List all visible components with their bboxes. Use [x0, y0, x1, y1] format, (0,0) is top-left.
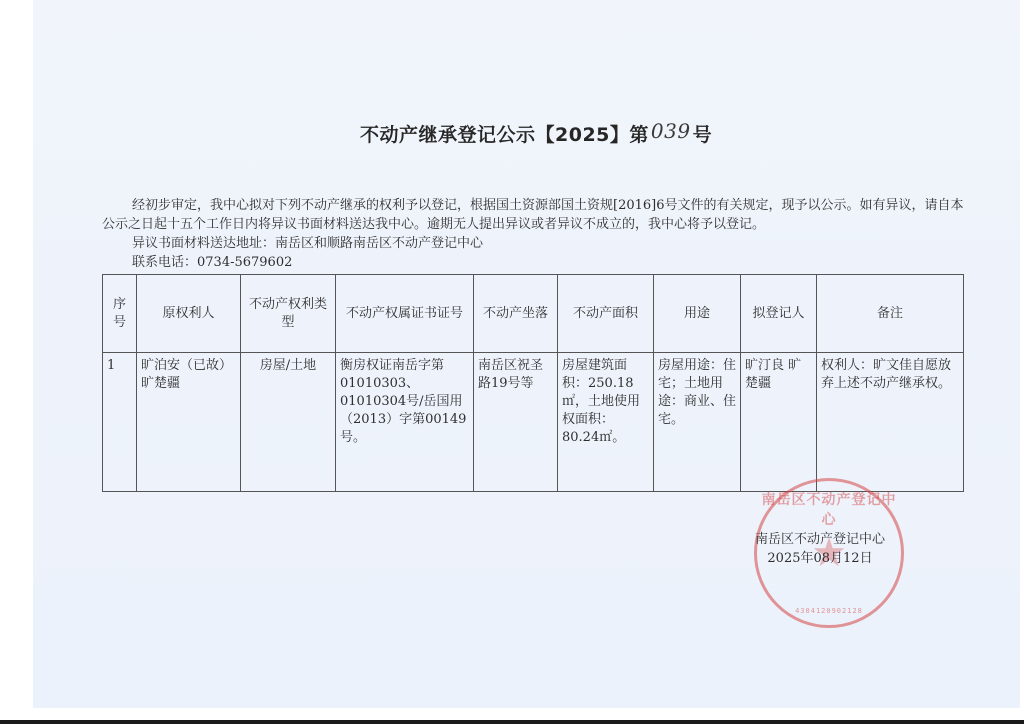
issuer-name: 南岳区不动产登记中心 — [740, 530, 900, 549]
header-original-holder: 原权利人 — [137, 275, 241, 353]
issuer-block: 南岳区不动产登记中心 2025年08月12日 — [740, 530, 900, 568]
table-row: 1 旷泊安（已故）旷楚疆 房屋/土地 衡房权证南岳字第01010303、0101… — [103, 353, 964, 492]
scan-edge-band — [0, 720, 1024, 724]
header-usage: 用途 — [654, 275, 741, 353]
cell-new-registrant: 旷汀良 旷楚疆 — [741, 353, 817, 492]
header-cert-no: 不动产权属证书证号 — [336, 275, 474, 353]
notice-paragraph-main: 经初步审定，我中心拟对下列不动产继承的权利予以登记，根据国土资源部国土资规[20… — [102, 196, 970, 234]
title-suffix: 号 — [693, 124, 713, 146]
issue-date: 2025年08月12日 — [740, 549, 900, 568]
document-title: 不动产继承登记公示【2025】第039号 — [360, 120, 712, 147]
header-new-registrant: 拟登记人 — [741, 275, 817, 353]
title-prefix: 不动产继承登记公示【2025】第 — [360, 124, 649, 146]
contact-phone: 联系电话：0734-5679602 — [102, 253, 970, 272]
cell-remarks: 权利人：旷文佳自愿放弃上述不动产继承权。 — [817, 353, 964, 492]
cell-usage: 房屋用途：住宅；土地用途：商业、住宅。 — [654, 353, 741, 492]
cell-area: 房屋建筑面积：250.18㎡，土地使用权面积：80.24㎡。 — [558, 353, 654, 492]
table-header-row: 序号 原权利人 不动产权利类型 不动产权属证书证号 不动产坐落 不动产面积 用途… — [103, 275, 964, 353]
header-area: 不动产面积 — [558, 275, 654, 353]
cell-right-type: 房屋/土地 — [241, 353, 336, 492]
header-seq: 序号 — [103, 275, 137, 353]
handwritten-number: 039 — [651, 119, 691, 143]
cell-cert-no: 衡房权证南岳字第01010303、01010304号/岳国用（2013）字第00… — [336, 353, 474, 492]
registry-table: 序号 原权利人 不动产权利类型 不动产权属证书证号 不动产坐落 不动产面积 用途… — [102, 274, 964, 492]
header-remarks: 备注 — [817, 275, 964, 353]
cell-original-holder: 旷泊安（已故）旷楚疆 — [137, 353, 241, 492]
cell-location: 南岳区祝圣路19号等 — [474, 353, 558, 492]
objection-address: 异议书面材料送达地址：南岳区和顺路南岳区不动产登记中心 — [102, 234, 970, 253]
cell-seq: 1 — [103, 353, 137, 492]
header-right-type: 不动产权利类型 — [241, 275, 336, 353]
header-location: 不动产坐落 — [474, 275, 558, 353]
notice-body: 经初步审定，我中心拟对下列不动产继承的权利予以登记，根据国土资源部国土资规[20… — [102, 196, 970, 272]
